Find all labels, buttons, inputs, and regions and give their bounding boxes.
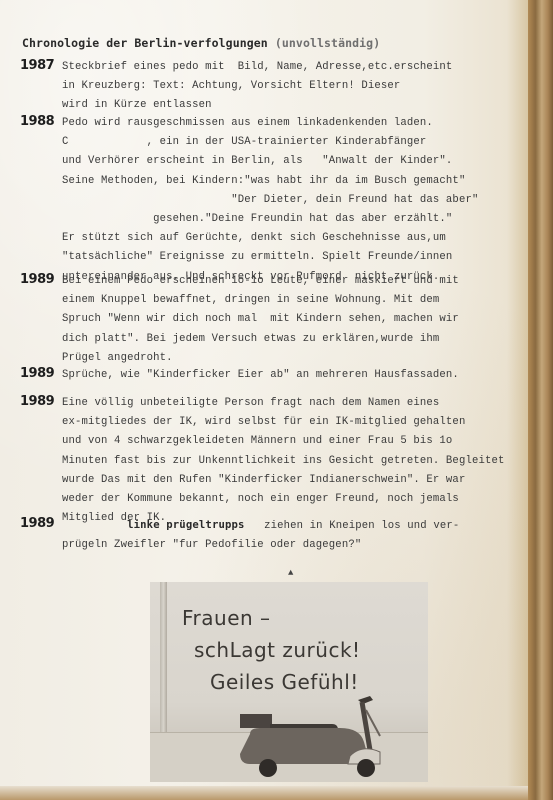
entry-line: wird in Kürze entlassen: [62, 96, 452, 115]
entry-line: gesehen."Deine Freundin hat das aber erz…: [62, 210, 478, 229]
entry-line: Sprüche, wie "Kinderficker Eier ab" an m…: [62, 366, 459, 385]
bold-phrase: linke prügeltrupps: [127, 519, 245, 531]
title-suffix: (unvollständig): [275, 36, 380, 50]
scooter-icon: [230, 694, 400, 778]
entry-line: und von 4 schwarzgekleideten Männern und…: [62, 432, 505, 451]
entry-line: ex-mitgliedes der IK, wird selbst für ei…: [62, 413, 505, 432]
entry-year: 1987: [20, 58, 54, 73]
entry-line: Seine Methoden, bei Kindern:"was habt ih…: [62, 172, 478, 191]
page-edge: [528, 0, 553, 800]
entry-line: Steckbrief eines pedo mit Bild, Name, Ad…: [62, 58, 452, 77]
entry-line: Bei einem Pedo erscheinen 1o-1o Leute, e…: [62, 272, 459, 291]
entry-line: "tatsächliche" Ereignisse zu ermitteln. …: [62, 248, 478, 267]
entry-line: Pedo wird rausgeschmissen aus einem link…: [62, 114, 478, 133]
entry-text: Eine völlig unbeteiligte Person fragt na…: [62, 394, 505, 528]
entry-line: weder der Kommune bekannt, noch ein enge…: [62, 490, 505, 509]
entry-line: Eine völlig unbeteiligte Person fragt na…: [62, 394, 505, 413]
entry-text: linke prügeltrupps ziehen in Kneipen los…: [62, 516, 459, 555]
title-main: Chronologie der Berlin-verfolgungen: [22, 36, 268, 50]
entry-year: 1989: [20, 366, 54, 381]
entry-text: Steckbrief eines pedo mit Bild, Name, Ad…: [62, 58, 452, 116]
entry-line: dich platt". Bei jedem Versuch etwas zu …: [62, 330, 459, 349]
entry-year: 1988: [20, 114, 54, 129]
entry-line: C , ein in der USA-trainierter Kinderabf…: [62, 133, 478, 152]
entry-text: Pedo wird rausgeschmissen aus einem link…: [62, 114, 478, 287]
entry-line: "Der Dieter, dein Freund hat das aber": [62, 191, 478, 210]
page-bottom-edge: [0, 786, 528, 800]
graffiti-line: schLagt zurück!: [194, 634, 361, 666]
entry-line: prügeln Zweifler "fur Pedofilie oder dag…: [62, 536, 459, 555]
document-title: Chronologie der Berlin-verfolgungen (unv…: [22, 36, 380, 50]
entry-text: Bei einem Pedo erscheinen 1o-1o Leute, e…: [62, 272, 459, 368]
entry-line: Er stützt sich auf Gerüchte, denkt sich …: [62, 229, 478, 248]
entry-line: und Verhörer erscheint in Berlin, als "A…: [62, 152, 478, 171]
entry-line: Spruch "Wenn wir dich noch mal mit Kinde…: [62, 310, 459, 329]
graffiti-line: Frauen –: [182, 602, 361, 634]
graffiti-text: Frauen – schLagt zurück! Geiles Gefühl!: [182, 602, 361, 698]
entry-line: linke prügeltrupps ziehen in Kneipen los…: [62, 516, 459, 536]
entry-year: 1989: [20, 272, 54, 287]
entry-text: Sprüche, wie "Kinderficker Eier ab" an m…: [62, 366, 459, 385]
entry-line: einem Knuppel bewaffnet, dringen in sein…: [62, 291, 459, 310]
small-mark-icon: ▲: [288, 568, 296, 576]
entry-line: Minuten fast bis zur Unkenntlichkeit ins…: [62, 452, 505, 471]
entry-year: 1989: [20, 394, 54, 409]
entry-line: wurde Das mit den Rufen "Kinderficker In…: [62, 471, 505, 490]
graffiti-photo: Frauen – schLagt zurück! Geiles Gefühl!: [150, 582, 428, 782]
entry-line: in Kreuzberg: Text: Achtung, Vorsicht El…: [62, 77, 452, 96]
entry-year: 1989: [20, 516, 54, 531]
